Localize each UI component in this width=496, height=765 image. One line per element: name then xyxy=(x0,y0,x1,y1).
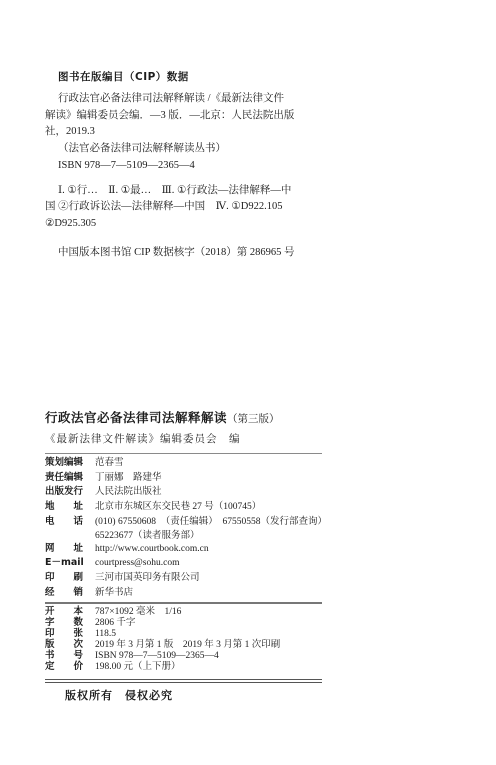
row-value: ISBN 978—7—5109—2365—4 xyxy=(95,651,219,662)
row-value: 118.5 xyxy=(95,629,116,640)
row-label: 经 销 xyxy=(45,586,83,601)
pub-row-email: E－mail courtpress@sohu.com xyxy=(45,556,335,571)
book-byline: 《最新法律文件解读》编辑委员会 编 xyxy=(45,433,335,447)
print-row-wordcount: 字 数 2806 千字 xyxy=(45,618,335,629)
row-value: 范春雪 xyxy=(95,456,124,471)
pub-row-printer: 印 刷 三河市国英印务有限公司 xyxy=(45,571,335,586)
row-value: 2806 千字 xyxy=(95,618,135,629)
cip-classification: Ⅰ. ①行… Ⅱ. ①最… Ⅲ. ①行政法—法律解释—中 国 ②行政诉讼法—法律… xyxy=(45,183,335,233)
row-label: 出版发行 xyxy=(45,485,83,500)
row-value: 北京市东城区东交民巷 27 号（100745） xyxy=(95,500,261,515)
publication-info-list: 策划编辑 范春雪 责任编辑 丁丽娜 路建华 出版发行 人民法院出版社 地 址 北… xyxy=(45,456,335,600)
cip-record-number: 中国版本图书馆 CIP 数据核字（2018）第 286965 号 xyxy=(45,245,335,262)
telephone-line-2: 65223677（读者服务部） xyxy=(95,530,327,542)
cip-line: 行政法官必备法律司法解释解读 /《最新法律文件 xyxy=(45,91,335,108)
colophon: 行政法官必备法律司法解释解读（第三版） 《最新法律文件解读》编辑委员会 编 策划… xyxy=(45,410,335,703)
edition-note: （第三版） xyxy=(227,414,280,425)
cip-class-line: ②D925.305 xyxy=(45,216,335,233)
pub-row-planning-editor: 策划编辑 范春雪 xyxy=(45,456,335,471)
print-info-list: 开 本 787×1092 毫米 1/16 字 数 2806 千字 印 张 118… xyxy=(45,607,335,672)
copyright-notice: 版权所有 侵权必究 xyxy=(65,689,335,703)
row-label: 电 话 xyxy=(45,515,83,542)
pub-row-telephone: 电 话 (010) 67550608 （责任编辑） 67550558（发行部查询… xyxy=(45,515,335,542)
pub-row-distributor: 经 销 新华书店 xyxy=(45,586,335,601)
row-value: 三河市国英印务有限公司 xyxy=(95,571,200,586)
cip-isbn: ISBN 978—7—5109—2365—4 xyxy=(45,158,335,175)
website-url: http://www.courtbook.com.cn xyxy=(95,542,209,557)
row-value: 丁丽娜 路建华 xyxy=(95,471,162,486)
row-label: E－mail xyxy=(45,556,83,571)
cip-line: 解读》编辑委员会编．—3 版．—北京：人民法院出版 xyxy=(45,108,335,125)
row-value: 198.00 元（上下册） xyxy=(95,662,181,673)
copyright-page: 图书在版编目（CIP）数据 行政法官必备法律司法解释解读 /《最新法律文件 解读… xyxy=(0,0,496,765)
book-title: 行政法官必备法律司法解释解读（第三版） xyxy=(45,410,335,428)
print-row-edition: 版 次 2019 年 3 月第 1 版 2019 年 3 月第 1 次印刷 xyxy=(45,640,335,651)
pub-row-address: 地 址 北京市东城区东交民巷 27 号（100745） xyxy=(45,500,335,515)
print-row-format: 开 本 787×1092 毫米 1/16 xyxy=(45,607,335,618)
row-value: 人民法院出版社 xyxy=(95,485,162,500)
telephone-line-1: (010) 67550608 （责任编辑） 67550558（发行部查询） xyxy=(95,515,327,530)
cip-description: 行政法官必备法律司法解释解读 /《最新法律文件 解读》编辑委员会编．—3 版．—… xyxy=(45,91,335,175)
row-label: 网 址 xyxy=(45,542,83,557)
divider-rule xyxy=(45,602,322,604)
pub-row-website: 网 址 http://www.courtbook.com.cn xyxy=(45,542,335,557)
divider-rule xyxy=(45,453,322,454)
pub-row-publisher: 出版发行 人民法院出版社 xyxy=(45,485,335,500)
email-address: courtpress@sohu.com xyxy=(95,556,179,571)
row-value: 787×1092 毫米 1/16 xyxy=(95,607,181,618)
cip-header: 图书在版编目（CIP）数据 xyxy=(58,70,335,84)
cip-line: 社，2019.3 xyxy=(45,124,335,141)
cip-block: 图书在版编目（CIP）数据 行政法官必备法律司法解释解读 /《最新法律文件 解读… xyxy=(45,70,335,261)
row-label: 责任编辑 xyxy=(45,471,83,486)
row-label: 地 址 xyxy=(45,500,83,515)
row-value: 2019 年 3 月第 1 版 2019 年 3 月第 1 次印刷 xyxy=(95,640,280,651)
row-value: 新华书店 xyxy=(95,586,133,601)
row-label: 印 刷 xyxy=(45,571,83,586)
cip-class-line: 国 ②行政诉讼法—法律解释—中国 Ⅳ. ①D922.105 xyxy=(45,199,335,216)
print-row-sheets: 印 张 118.5 xyxy=(45,629,335,640)
cip-series-note: （法官必备法律司法解释解读丛书） xyxy=(45,141,335,158)
cip-class-line: Ⅰ. ①行… Ⅱ. ①最… Ⅲ. ①行政法—法律解释—中 xyxy=(45,183,335,200)
print-row-isbn: 书 号 ISBN 978—7—5109—2365—4 xyxy=(45,651,335,662)
print-row-price: 定 价 198.00 元（上下册） xyxy=(45,662,335,673)
row-label: 定 价 xyxy=(45,662,83,673)
book-title-text: 行政法官必备法律司法解释解读 xyxy=(45,410,227,425)
row-value: (010) 67550608 （责任编辑） 67550558（发行部查询） 65… xyxy=(95,515,327,542)
pub-row-responsible-editor: 责任编辑 丁丽娜 路建华 xyxy=(45,471,335,486)
divider-double-rule xyxy=(45,679,322,683)
row-label: 策划编辑 xyxy=(45,456,83,471)
